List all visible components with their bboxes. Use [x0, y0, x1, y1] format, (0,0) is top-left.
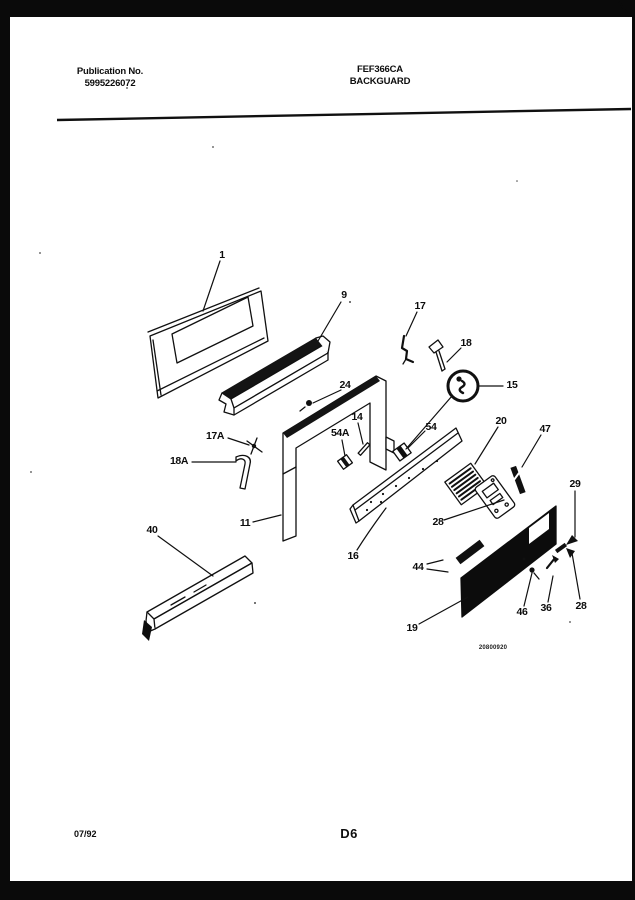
callout-40: 40	[147, 524, 158, 536]
callout-17a: 17A	[206, 430, 224, 442]
callout-54: 54	[426, 421, 437, 433]
callout-9: 9	[341, 289, 346, 301]
callout-28: 28	[433, 516, 444, 528]
callout-18: 18	[461, 337, 472, 349]
callout-1: 1	[219, 249, 224, 261]
callout-46: 46	[517, 606, 528, 618]
callout-54a: 54A	[331, 427, 349, 439]
callout-47: 47	[540, 423, 551, 435]
footer-date-code: 07/92	[74, 829, 97, 839]
callout-19: 19	[407, 622, 418, 634]
callout-17: 17	[415, 300, 426, 312]
callout-18a: 18A	[170, 455, 188, 467]
callout-20: 20	[496, 415, 507, 427]
callout-44: 44	[413, 561, 424, 573]
callout-16: 16	[348, 550, 359, 562]
diagram-code: 20800920	[463, 645, 523, 651]
scanned-page: { "header": { "publication_label": "Publ…	[0, 0, 635, 900]
callout-15: 15	[507, 379, 518, 391]
footer-page-code: D6	[324, 826, 374, 841]
callout-11: 11	[240, 517, 250, 529]
callout-24: 24	[340, 379, 351, 391]
callout-layer: 19171815241454A5417A18A20472928111640441…	[0, 0, 635, 900]
callout-36: 36	[541, 602, 552, 614]
callout-29: 29	[570, 478, 581, 490]
callout-14: 14	[352, 411, 363, 423]
callout-28: 28	[576, 600, 587, 612]
